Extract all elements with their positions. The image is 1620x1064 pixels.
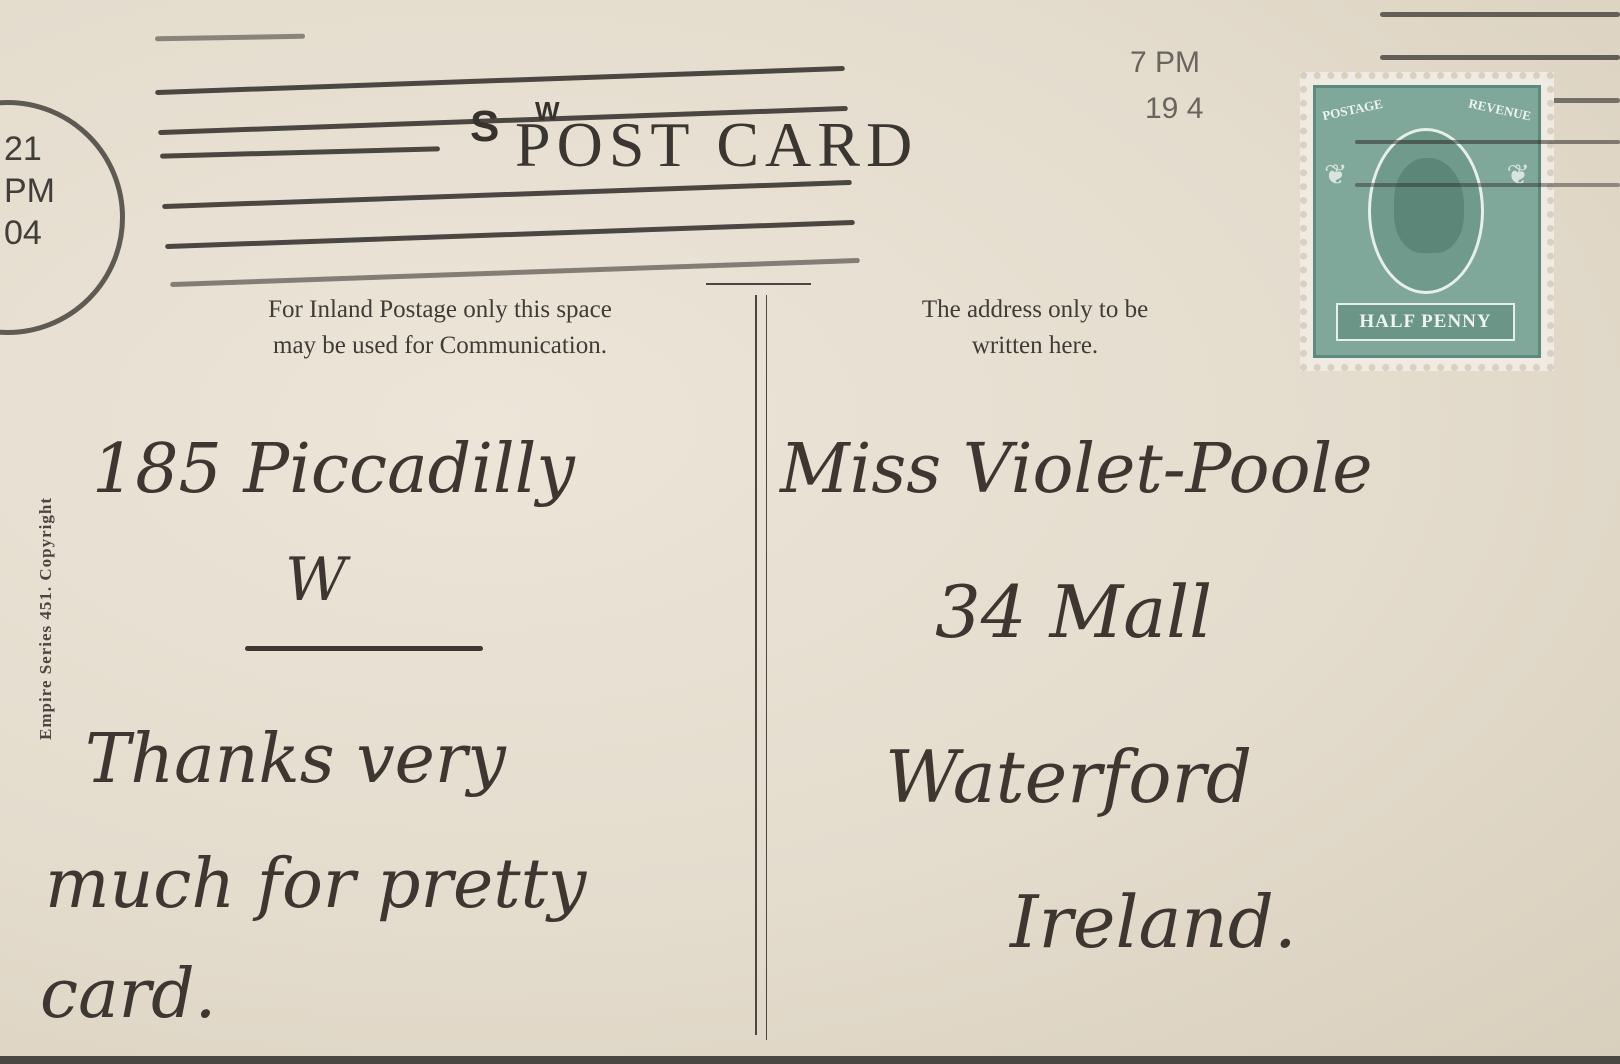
stamp-value: HALF PENNY (1336, 303, 1515, 341)
sender-address-line1: 185 Piccadilly (92, 430, 575, 509)
recipient-name: Miss Violet-Poole (780, 430, 1373, 509)
postmark-right-line1: 7 PM (1130, 42, 1200, 84)
divider-line-right (766, 295, 767, 1040)
instructions-communication: For Inland Postage only this space may b… (175, 292, 705, 364)
instructions-right-line1: The address only to be (850, 292, 1220, 328)
stamp-revenue-label: REVENUE (1467, 96, 1533, 125)
stamp-postage-label: POSTAGE (1321, 96, 1384, 124)
message-line2: much for pretty (45, 845, 586, 924)
postcard-back: S W POST CARD 21 PM 04 7 PM 19 4 POSTAGE… (0, 0, 1620, 1056)
postmark-left-line1: 21 (4, 128, 42, 170)
laurel-wreath-icon: ❦ (1324, 158, 1347, 192)
postmark-right-line2: 19 4 (1145, 88, 1203, 130)
halfpenny-stamp: POSTAGE REVENUE ❦ ❦ HALF PENNY (1300, 72, 1554, 371)
address-underline (245, 646, 483, 651)
recipient-street: 34 Mall (935, 570, 1212, 654)
instructions-left-line1: For Inland Postage only this space (175, 292, 705, 328)
instructions-right-line2: written here. (850, 328, 1220, 364)
king-portrait-icon (1394, 158, 1464, 253)
instructions-address: The address only to be written here. (850, 292, 1220, 364)
postmark-left-line3: 04 (4, 212, 42, 254)
cancel-code: S (470, 102, 499, 152)
divider-cap (706, 283, 811, 285)
recipient-country: Ireland. (1010, 880, 1297, 964)
recipient-city: Waterford (885, 735, 1252, 819)
publisher-text: Empire Series 451. Copyright (36, 497, 56, 740)
message-line3: card. (40, 955, 216, 1034)
card-shadow-edge (0, 1056, 1620, 1064)
instructions-left-line2: may be used for Communication. (175, 328, 705, 364)
sender-address-line2: W (285, 545, 347, 615)
divider-line-left (755, 295, 757, 1035)
postmark-left-line2: PM (4, 170, 55, 212)
postcard-title: POST CARD (515, 108, 918, 182)
stamp-face: POSTAGE REVENUE ❦ ❦ HALF PENNY (1313, 85, 1541, 358)
message-line1: Thanks very (85, 720, 506, 799)
